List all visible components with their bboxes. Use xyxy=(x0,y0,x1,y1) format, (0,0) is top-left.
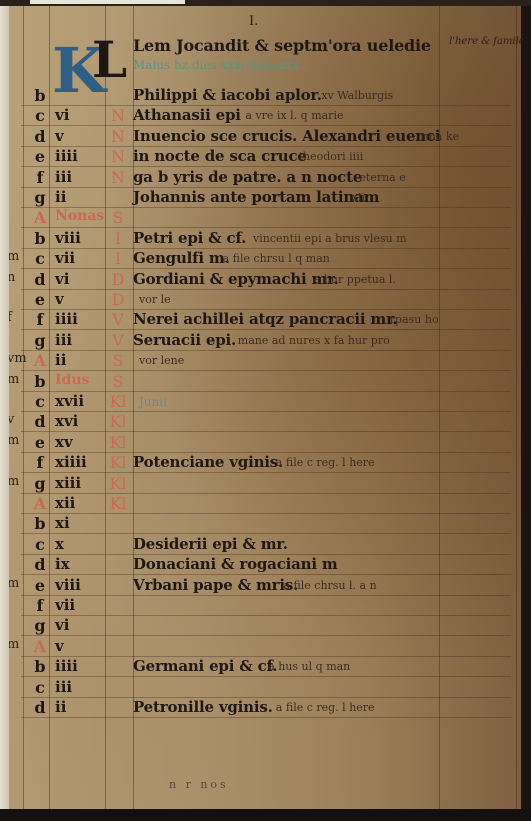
calendar-row: cxviiKlJunii xyxy=(9,392,521,412)
calendar-row: ffiiiiVNerei achillei atqz pancracii mr.… xyxy=(9,310,521,330)
dominical-letter: b xyxy=(31,657,49,676)
saint-entry: Athanasii epi xyxy=(133,106,241,124)
saint-entry: Petri epi & cf. xyxy=(133,229,246,247)
dominical-letter: d xyxy=(31,127,49,146)
interlinear-note: a file c reg. l here xyxy=(276,456,375,469)
dominical-letter: e xyxy=(31,433,49,452)
roman-numeral: xiii xyxy=(55,474,105,492)
calendar-row: cviNAthanasii epi a vre ix l. q marie xyxy=(9,106,521,126)
interlinear-note: Junii xyxy=(139,395,167,409)
roman-numeral: v xyxy=(55,127,105,145)
calendar-row: fxiiiiKlPotenciane vginis.a file c reg. … xyxy=(9,453,521,473)
interlinear-note: vor lene xyxy=(139,354,184,367)
rubric-letter: N xyxy=(107,106,129,125)
saint-entry: Inuencio sce crucis. Alexandri euenci xyxy=(133,127,440,145)
calendar-row: eiiiiNin nocte de sca crucetheodori iiii xyxy=(9,147,521,167)
rubric-letter: I xyxy=(107,249,129,268)
calendar-row: bviiiIPetri epi & cf.vincentii epi a bru… xyxy=(9,229,521,249)
teal-rubric: Maius hz dies xxxi luna xxx xyxy=(133,58,299,72)
roman-numeral: ii xyxy=(55,698,105,716)
rubric-letter: V xyxy=(107,331,129,350)
interlinear-note: rpasu ho xyxy=(390,313,439,326)
calendar-row: giiiVSeruacii epi.mane ad nures x fa hur… xyxy=(9,331,521,351)
rubric-letter: Kl xyxy=(107,392,129,411)
roman-numeral: v xyxy=(55,290,105,308)
rubric-letter: N xyxy=(107,127,129,146)
roman-numeral: xv xyxy=(55,433,105,451)
dominical-letter: f xyxy=(31,310,49,329)
saint-entry: Petronille vginis. xyxy=(133,698,273,716)
rubric-letter: S xyxy=(107,208,129,227)
saint-entry: Seruacii epi. xyxy=(133,331,236,349)
roman-numeral: vi xyxy=(55,106,105,124)
dominical-letter: e xyxy=(31,576,49,595)
rubric-letter: V xyxy=(107,310,129,329)
rubric-letter: D xyxy=(107,270,129,289)
initial-l: L xyxy=(92,30,127,90)
interlinear-note: mane ad nures x fa hur pro xyxy=(238,334,390,347)
rubric-letter: Kl xyxy=(107,412,129,431)
calendar-row: diiPetronille vginis.a file c reg. l her… xyxy=(9,698,521,718)
interlinear-note: a file chrsu l. a n xyxy=(283,579,376,592)
rubric-letter: N xyxy=(107,147,129,166)
rubric-letter: Kl xyxy=(107,494,129,513)
dominical-letter: b xyxy=(31,86,49,105)
dominical-letter: f xyxy=(31,596,49,615)
roman-numeral: iii xyxy=(55,678,105,696)
roman-numeral: vii xyxy=(55,596,105,614)
roman-numeral: v xyxy=(55,637,105,655)
calendar-row: AxiiKl xyxy=(9,494,521,514)
dominical-letter: e xyxy=(31,147,49,166)
dominical-letter: b xyxy=(31,514,49,533)
rubric-letter: Kl xyxy=(107,474,129,493)
calendar-row: biiiiGermani epi & cf.a hus ul q man xyxy=(9,657,521,677)
roman-numeral: iii xyxy=(55,168,105,186)
roman-numeral: xvii xyxy=(55,392,105,410)
dominical-letter: b xyxy=(31,372,49,391)
dominical-letter: c xyxy=(31,535,49,554)
interlinear-note: a file chrsu l q man xyxy=(223,252,330,265)
interlinear-note: vor le xyxy=(139,293,171,306)
binding-edge xyxy=(0,6,9,809)
roman-numeral: Nonas xyxy=(55,208,105,224)
dominical-letter: g xyxy=(31,616,49,635)
roman-numeral: viii xyxy=(55,576,105,594)
roman-numeral: vi xyxy=(55,270,105,288)
paper-edge xyxy=(30,0,185,4)
roman-numeral: xii xyxy=(55,494,105,512)
roman-numeral: iiii xyxy=(55,657,105,675)
calendar-row: dvNInuencio sce crucis. Alexandri euenci… xyxy=(9,127,521,147)
manuscript-page: I. K L Lem Jocandit & septm'ora ueledie … xyxy=(9,6,521,809)
saint-entry: Johannis ante portam latinam xyxy=(133,188,379,206)
interlinear-note: eterna e xyxy=(359,171,405,184)
interlinear-note: rma ke xyxy=(420,130,459,143)
calendar-row: mexvKl xyxy=(9,433,521,453)
rubric-letter: S xyxy=(107,372,129,391)
calendar-row: mgxiiiKl xyxy=(9,474,521,494)
saint-entry: Potenciane vginis. xyxy=(133,453,283,471)
roman-numeral: xvi xyxy=(55,412,105,430)
calendar-row: vdxviKl xyxy=(9,412,521,432)
saint-entry: Germani epi & cf. xyxy=(133,657,277,675)
interlinear-note: a hur ppetua l. xyxy=(314,273,396,286)
header-note: l'here & famile xyxy=(449,36,521,47)
roman-numeral: xiiii xyxy=(55,453,105,471)
roman-numeral: vii xyxy=(55,249,105,267)
rubric-letter: N xyxy=(107,168,129,187)
calendar-row: dixDonaciani & rogaciani m xyxy=(9,555,521,575)
rubric-letter: S xyxy=(107,351,129,370)
calendar-row: cxDesiderii epi & mr. xyxy=(9,535,521,555)
dominical-letter: g xyxy=(31,331,49,350)
dominical-letter: g xyxy=(31,474,49,493)
dominical-letter: g xyxy=(31,188,49,207)
dominical-letter: c xyxy=(31,678,49,697)
interlinear-note: a hus ul q man xyxy=(268,660,350,673)
interlinear-note: xv Walburgis xyxy=(321,89,393,102)
calendar-row: gvi xyxy=(9,616,521,636)
dominical-letter: d xyxy=(31,412,49,431)
saint-entry: Nerei achillei atqz pancracii mr. xyxy=(133,310,397,328)
interlinear-note: a vre ix l. q marie xyxy=(245,109,343,122)
dominical-letter: b xyxy=(31,229,49,248)
dominical-letter: f xyxy=(31,453,49,472)
calendar-row: mbIdusS xyxy=(9,372,521,392)
calendar-row: evDvor le xyxy=(9,290,521,310)
calendar-row: ndviDGordiani & epymachi mr.a hur ppetua… xyxy=(9,270,521,290)
calendar-row: vmAiiSvor lene xyxy=(9,351,521,371)
calendar-row: meviiiVrbani pape & mris.a file chrsu l.… xyxy=(9,576,521,596)
saint-entry: Gordiani & epymachi mr. xyxy=(133,270,339,288)
saint-entry: Philippi & iacobi aplor. xyxy=(133,86,322,104)
roman-numeral: xi xyxy=(55,514,105,532)
roman-numeral: iiii xyxy=(55,147,105,165)
dominical-letter: A xyxy=(31,351,49,370)
saint-entry: Desiderii epi & mr. xyxy=(133,535,288,553)
calendar-row: fvii xyxy=(9,596,521,616)
rubric-letter: D xyxy=(107,290,129,309)
bottom-border xyxy=(0,809,531,821)
dominical-letter: A xyxy=(31,208,49,227)
roman-numeral: Idus xyxy=(55,372,105,388)
dominical-letter: c xyxy=(31,106,49,125)
dominical-letter: f xyxy=(31,168,49,187)
roman-numeral: ix xyxy=(55,555,105,573)
roman-numeral: vi xyxy=(55,616,105,634)
calendar-row: mcviiIGengulfi m.a file chrsu l q man xyxy=(9,249,521,269)
saint-entry: Gengulfi m. xyxy=(133,249,230,267)
folio-mark: I. xyxy=(249,14,258,29)
faded-inscription: n r nos xyxy=(169,778,229,791)
rubric-letter: Kl xyxy=(107,433,129,452)
dominical-letter: d xyxy=(31,270,49,289)
calendar-row: ciii xyxy=(9,678,521,698)
dominical-letter: e xyxy=(31,290,49,309)
dominical-letter: A xyxy=(31,637,49,656)
interlinear-note: a file c reg. l here xyxy=(276,701,375,714)
rubric-letter: I xyxy=(107,229,129,248)
calendar-row: ANonasS xyxy=(9,208,521,228)
interlinear-note: xii xyxy=(352,191,365,204)
dominical-letter: d xyxy=(31,555,49,574)
saint-entry: Vrbani pape & mris. xyxy=(133,576,298,594)
saint-entry: in nocte de sca cruce xyxy=(133,147,307,165)
dominical-letter: c xyxy=(31,249,49,268)
roman-numeral: iii xyxy=(55,331,105,349)
roman-numeral: iiii xyxy=(55,310,105,328)
roman-numeral: ii xyxy=(55,188,105,206)
dominical-letter: c xyxy=(31,392,49,411)
calendar-row: bxi xyxy=(9,514,521,534)
roman-numeral: viii xyxy=(55,229,105,247)
calendar-row: fiiiNga b yris de patre. a n nocteeterna… xyxy=(9,168,521,188)
header-line: Lem Jocandit & septm'ora ueledie xyxy=(133,36,431,55)
calendar-row: bPhilippi & iacobi aplor.xv Walburgis xyxy=(9,86,521,106)
rubric-letter: Kl xyxy=(107,453,129,472)
dominical-letter: A xyxy=(31,494,49,513)
calendar-row: mAv xyxy=(9,637,521,657)
interlinear-note: vincentii epi a brus vlesu m xyxy=(253,232,407,245)
calendar-row: giiJohannis ante portam latinamxii xyxy=(9,188,521,208)
roman-numeral: ii xyxy=(55,351,105,369)
saint-entry: ga b yris de patre. a n nocte xyxy=(133,168,362,186)
roman-numeral: x xyxy=(55,535,105,553)
dominical-letter: d xyxy=(31,698,49,717)
saint-entry: Donaciani & rogaciani m xyxy=(133,555,338,573)
interlinear-note: theodori iiii xyxy=(299,150,364,163)
